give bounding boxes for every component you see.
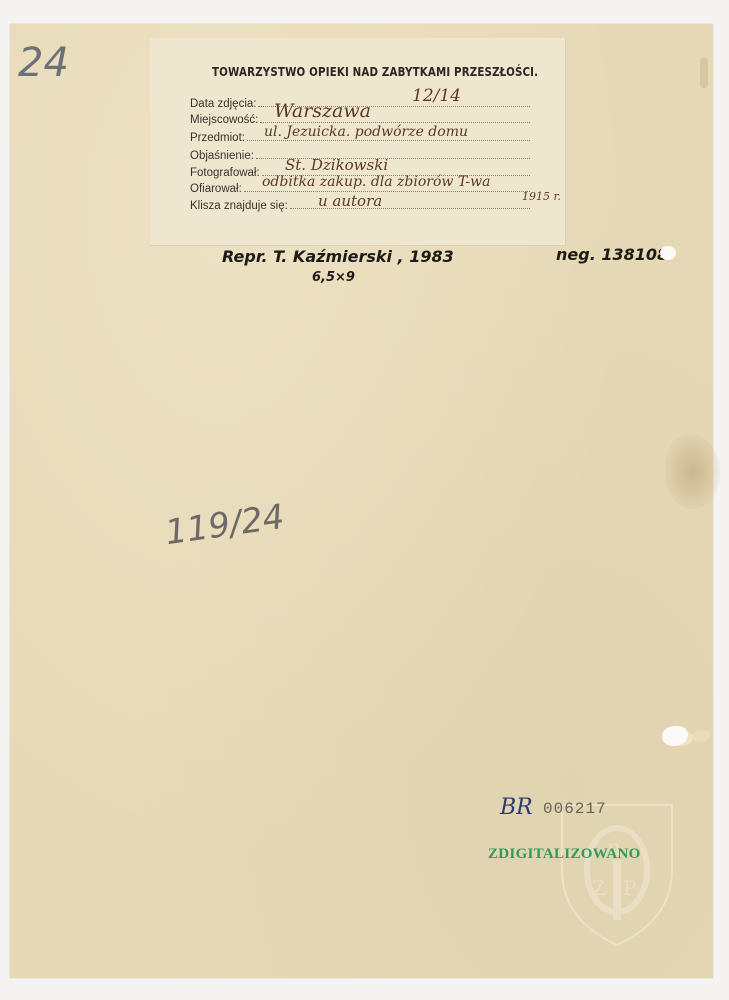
field-donor-label: Ofiarował: [190,183,242,195]
svg-text:P: P [623,876,636,900]
collection-prefix: BR [500,795,533,820]
value-subject: ul. Jezuicka. podwórze domu [264,124,468,140]
society-label: TOWARZYSTWO OPIEKI NAD ZABYTKAMI PRZESZŁ… [150,38,566,246]
digitized-stamp: ZDIGITALIZOWANO [488,846,641,863]
value-negative-location: u autora [318,192,382,210]
field-subject-label: Przedmiot: [190,132,245,144]
field-explanation-label: Objaśnienie: [190,150,254,162]
negative-number: neg. 138108 [556,245,668,264]
library-watermark-icon: n Z P [557,800,677,950]
field-date-label: Data zdjęcia: [190,98,256,110]
water-stain [665,434,720,509]
value-photographer: St. Dzikowski [285,156,388,174]
field-place-label: Miejscowość: [190,114,258,126]
svg-text:Z: Z [592,876,606,900]
inventory-number: 006217 [543,800,607,818]
reproduction-format: 6,5×9 [312,270,355,285]
value-place: Warszawa [274,100,371,122]
torn-corner [700,58,708,88]
label-title: TOWARZYSTWO OPIEKI NAD ZABYTKAMI PRZESZŁ… [212,64,538,79]
field-negative-location-label: Klisza znajduje się: [190,200,288,212]
paper-hole-small [660,246,676,260]
field-photographer-label: Fotografował: [190,167,260,179]
corner-note: 24 [18,40,69,86]
reproduction-note: Repr. T. Kaźmierski , 1983 [222,247,454,266]
value-donor: odbitka zakup. dla zbiorów T-wa [262,174,490,190]
value-donor-year: 1915 r. [522,190,561,203]
paper-hole [662,726,688,746]
value-date: 12/14 [412,86,461,106]
